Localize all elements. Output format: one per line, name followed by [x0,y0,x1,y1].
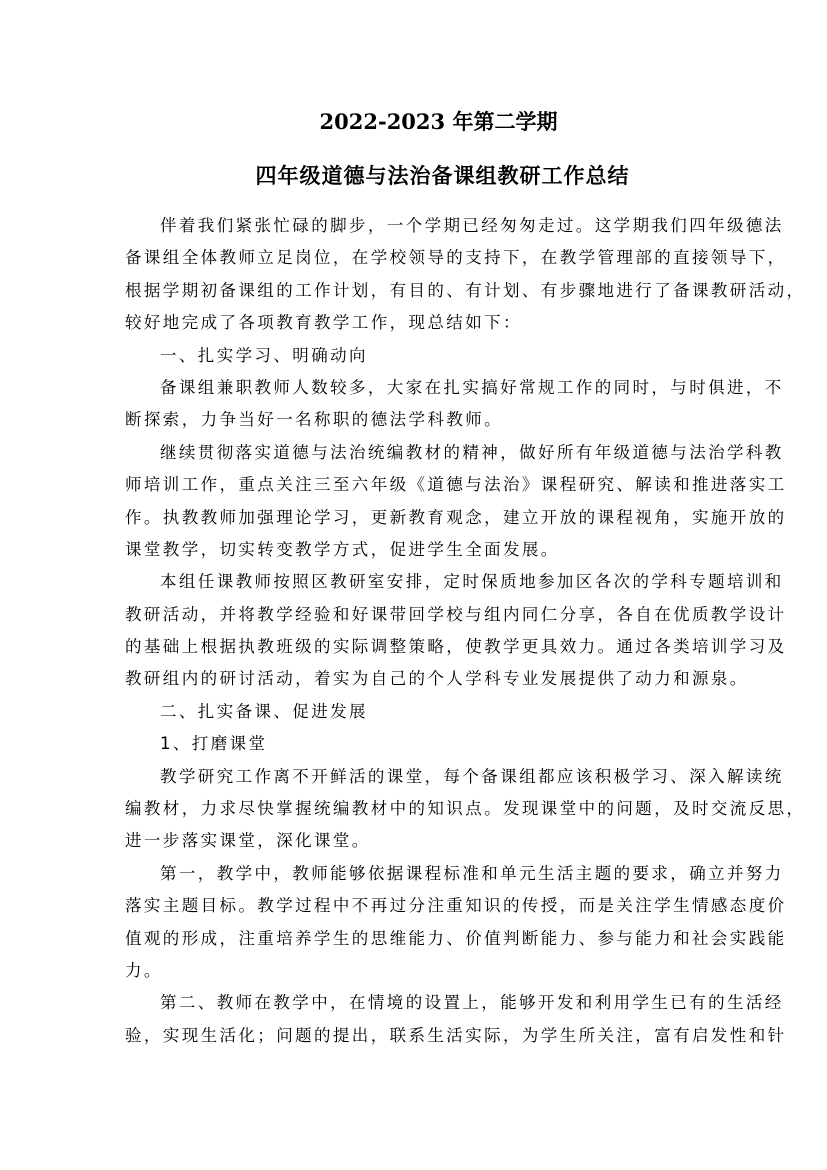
document-title-semester: 2022-2023 年第二学期 [0,106,827,136]
section-1-heading: 一、扎实学习、明确动向 [125,340,715,372]
text-line: 落实主题目标。教学过程中不再过分注重知识的传授，而是关注学生情感态度价 [125,890,715,922]
text-line: 较好地完成了各项教育教学工作，现总结如下： [125,307,715,339]
text-line: 备课组兼职教师人数较多，大家在扎实搞好常规工作的同时，与时俱进，不 [125,372,715,404]
text-line: 继续贯彻落实道德与法治统编教材的精神，做好所有年级道德与法治学科教 [125,437,715,469]
text-line: 的基础上根据执教班级的实际调整策略，使教学更具效力。通过各类培训学习及 [125,631,715,663]
text-line: 断探索，力争当好一名称职的德法学科教师。 [125,404,715,436]
text-line: 教学研究工作离不开鲜活的课堂，每个备课组都应该积极学习、深入解读统 [125,761,715,793]
section-1-paragraph-2: 继续贯彻落实道德与法治统编教材的精神，做好所有年级道德与法治学科教师培训工作，重… [125,437,715,567]
subsection-1-paragraph-2: 第一，教学中，教师能够依据课程标准和单元生活主题的要求，确立并努力落实主题目标。… [125,858,715,988]
section-1-paragraph-3: 本组任课教师按照区教研室安排，定时保质地参加区各次的学科专题培训和教研活动，并将… [125,566,715,696]
text-line: 作。执教教师加强理论学习，更新教育观念，建立开放的课程视角，实施开放的 [125,502,715,534]
text-line: 二、扎实备课、促进发展 [125,696,715,728]
text-line: 编教材，力求尽快掌握统编教材中的知识点。发现课堂中的问题，及时交流反思， [125,793,715,825]
text-line: 根据学期初备课组的工作计划，有目的、有计划、有步骤地进行了备课教研活动， [125,275,715,307]
text-line: 第一，教学中，教师能够依据课程标准和单元生活主题的要求，确立并努力 [125,858,715,890]
text-line: 师培训工作，重点关注三至六年级《道德与法治》课程研究、解读和推进落实工 [125,469,715,501]
text-line: 力。 [125,955,715,987]
subsection-1-paragraph-3: 第二、教师在教学中，在情境的设置上，能够开发和利用学生已有的生活经验，实现生活化… [125,987,715,1052]
text-line: 教研活动，并将教学经验和好课带回学校与组内同仁分享，各自在优质教学设计 [125,599,715,631]
section-1-paragraph-1: 备课组兼职教师人数较多，大家在扎实搞好常规工作的同时，与时俱进，不断探索，力争当… [125,372,715,437]
text-line: 课堂教学，切实转变教学方式，促进学生全面发展。 [125,534,715,566]
section-2-heading: 二、扎实备课、促进发展 [125,696,715,728]
text-line: 进一步落实课堂，深化课堂。 [125,825,715,857]
text-line: 伴着我们紧张忙碌的脚步，一个学期已经匆匆走过。这学期我们四年级德法 [125,210,715,242]
text-line: 教研组内的研讨活动，着实为自己的个人学科专业发展提供了动力和源泉。 [125,663,715,695]
document-title-main: 四年级道德与法治备课组教研工作总结 [0,160,827,190]
text-line: 备课组全体教师立足岗位，在学校领导的支持下，在教学管理部的直接领导下， [125,242,715,274]
subsection-1-paragraph-1: 教学研究工作离不开鲜活的课堂，每个备课组都应该积极学习、深入解读统编教材，力求尽… [125,761,715,858]
document-body: 伴着我们紧张忙碌的脚步，一个学期已经匆匆走过。这学期我们四年级德法备课组全体教师… [125,210,715,1052]
text-line: 值观的形成，注重培养学生的思维能力、价值判断能力、参与能力和社会实践能 [125,923,715,955]
text-line: 第二、教师在教学中，在情境的设置上，能够开发和利用学生已有的生活经 [125,987,715,1019]
text-line: 验，实现生活化；问题的提出，联系生活实际，为学生所关注，富有启发性和针 [125,1020,715,1052]
intro-paragraph: 伴着我们紧张忙碌的脚步，一个学期已经匆匆走过。这学期我们四年级德法备课组全体教师… [125,210,715,340]
text-line: 本组任课教师按照区教研室安排，定时保质地参加区各次的学科专题培训和 [125,566,715,598]
text-line: 1、打磨课堂 [125,728,715,760]
document-page: 2022-2023 年第二学期 四年级道德与法治备课组教研工作总结 伴着我们紧张… [0,0,827,1170]
text-line: 一、扎实学习、明确动向 [125,340,715,372]
subsection-1-heading: 1、打磨课堂 [125,728,715,760]
